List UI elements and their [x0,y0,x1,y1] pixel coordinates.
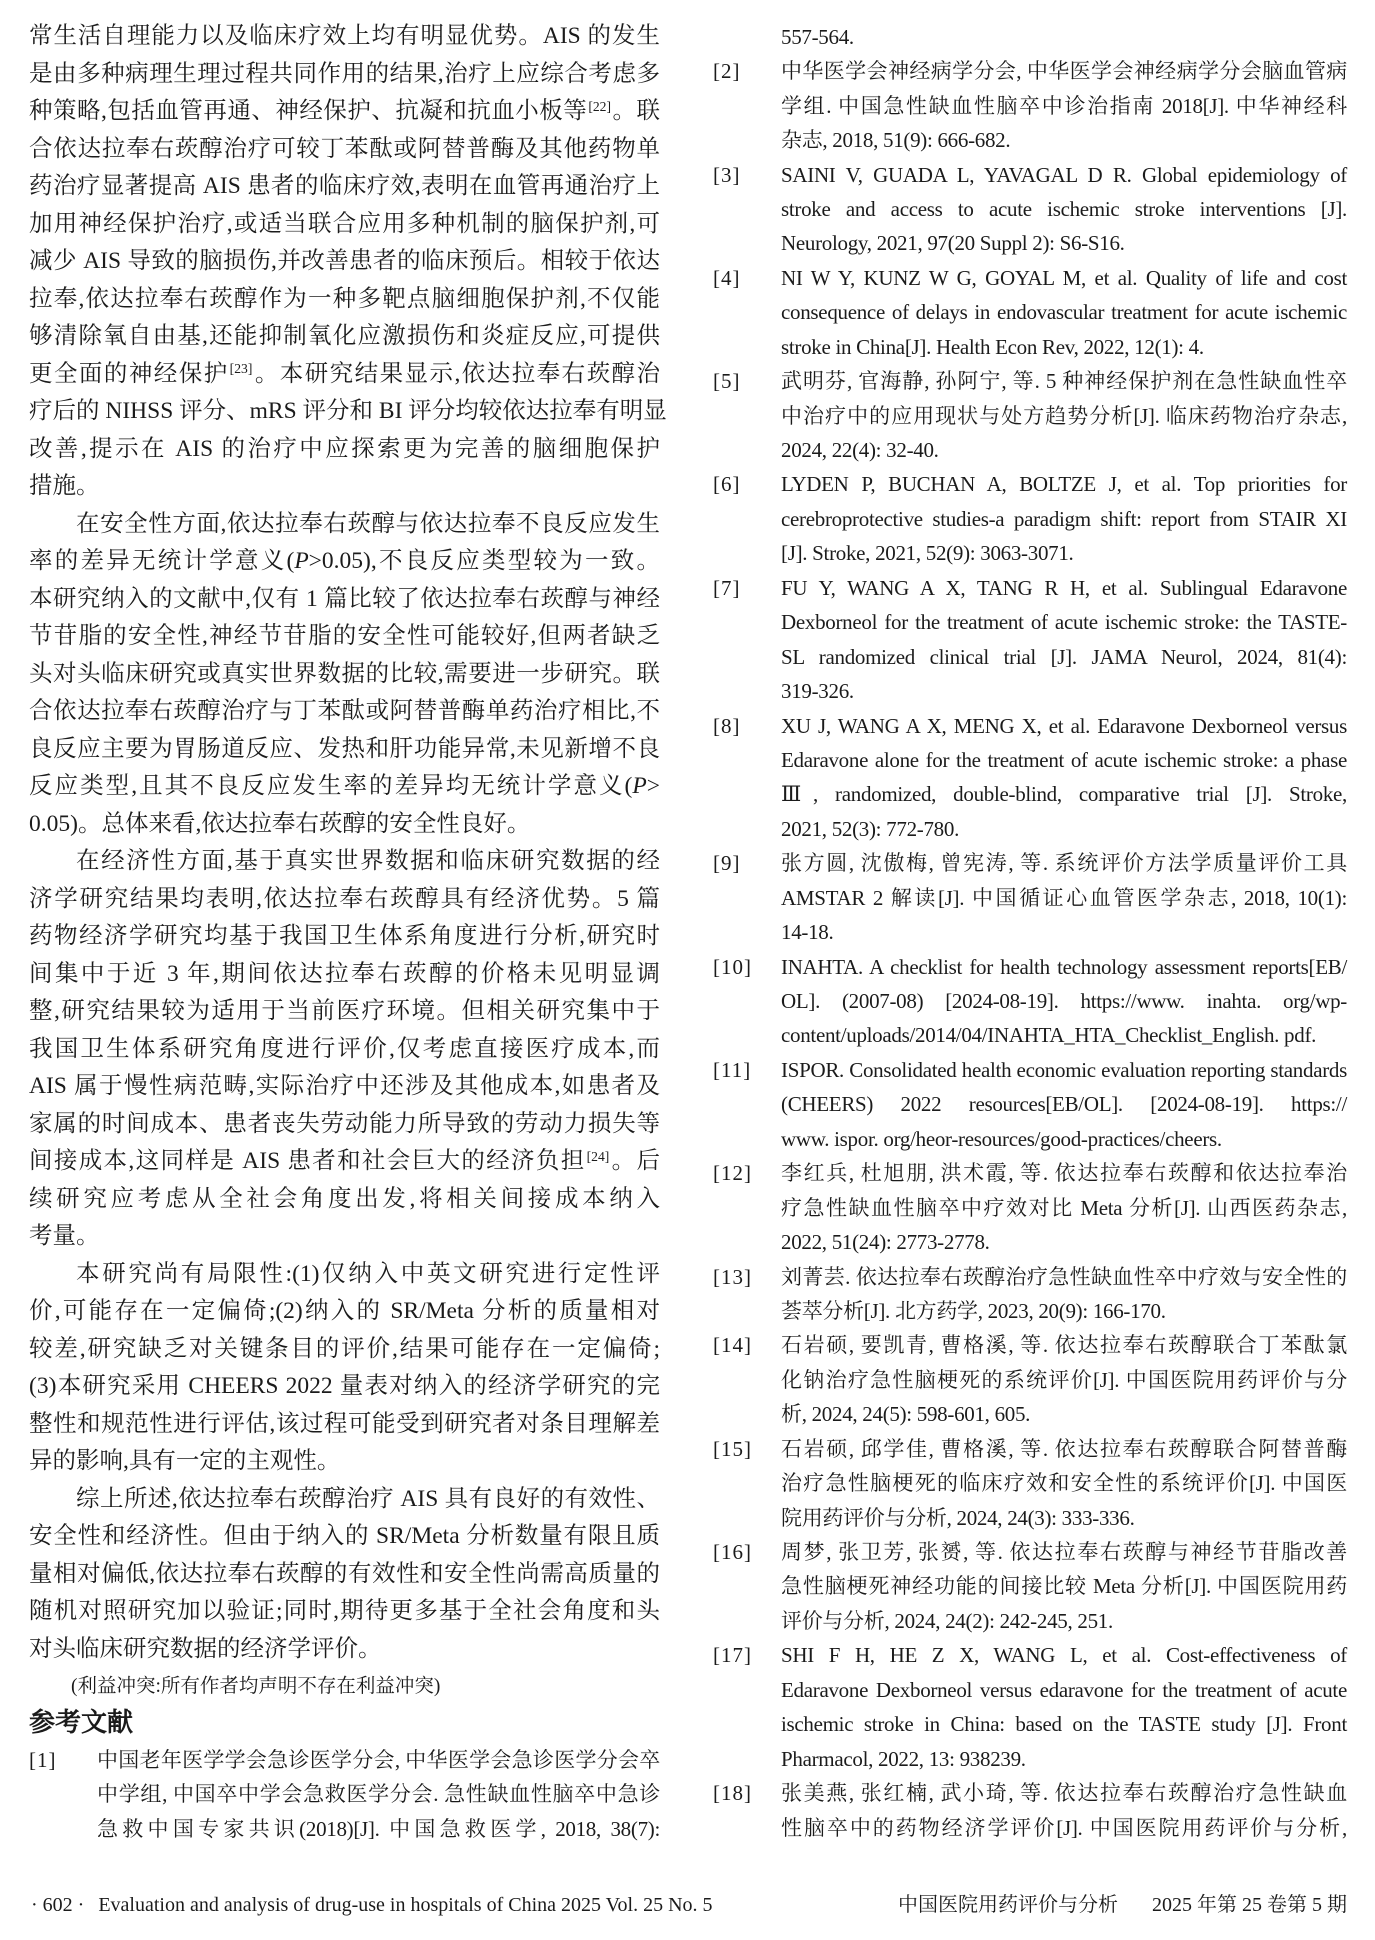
journal-title-en: Evaluation and analysis of drug-use in h… [98,1894,712,1916]
footer-left: · 602 ·Evaluation and analysis of drug-u… [31,1890,713,1920]
text-line: 急救中国专家共识(2018)[J]. 中国急救医学, 2018, 38(7): [97,1812,660,1846]
text-run: 。本研究结果显示,依达拉奉右莰醇治 [253,361,660,387]
text-line: 反应类型,且其不良反应发生率的差异均无统计学意义(P> [29,768,660,806]
text-line: 14-18. [781,915,1347,949]
text-line: 张美燕, 张红楠, 武小琦, 等. 依达拉奉右莰醇治疗急性缺血 [781,1776,1347,1810]
text-line: 续研究应考虑从全社会角度出发,将相关间接成本纳入 [29,1181,660,1219]
text-line: 2021, 52(3): 772-780. [781,812,1347,846]
text-line: stroke and access to acute ischemic stro… [781,192,1347,226]
text-line: 析, 2024, 24(5): 598-601, 605. [781,1397,1347,1431]
reference-item: [1]中国老年医学学会急诊医学分会, 中华医学会急诊医学分会卒中学组, 中国卒中… [29,1743,660,1846]
text-line: Edaravone alone for the treatment of acu… [781,743,1347,777]
text-line: 本研究尚有局限性:(1)仅纳入中英文研究进行定性评 [29,1256,660,1294]
text-line: 合依达拉奉右莰醇治疗可较丁苯酞或阿替普酶及其他药物单 [29,131,660,169]
text-line: 综上所述,依达拉奉右莰醇治疗 AIS 具有良好的有效性、 [29,1481,660,1519]
text-line: SAINI V, GUADA L, YAVAGAL D R. Global ep… [781,158,1347,192]
reference-number: [14] [713,1328,752,1362]
journal-title-cn: 中国医院用药评价与分析 [898,1894,1118,1916]
reference-number: [10] [713,950,752,984]
issue-info: 2025 年第 25 卷第 5 期 [1152,1894,1347,1916]
text-line: Edaravone Dexborneol versus edaravone fo… [781,1673,1347,1707]
reference-item: [4]NI W Y, KUNZ W G, GOYAL M, et al. Qua… [713,261,1347,364]
text-line: 2022, 51(24): 2773-2778. [781,1225,1347,1259]
text-line: 中学组, 中国卒中学会急救医学分会. 急性缺血性脑卒中急诊 [97,1777,660,1811]
text-line: 杂志, 2018, 51(9): 666-682. [781,123,1347,157]
text-line: 荟萃分析[J]. 北方药学, 2023, 20(9): 166-170. [781,1294,1347,1328]
reference-item: [8]XU J, WANG A X, MENG X, et al. Edarav… [713,709,1347,847]
text-run: 。后 [610,1148,660,1174]
reference-number: [18] [713,1776,752,1810]
text-line: content/uploads/2014/04/INAHTA_HTA_Check… [781,1018,1347,1052]
reference-number: [9] [713,846,741,880]
reference-list: 557-564.[2]中华医学会神经病学分会, 中华医学会神经病学分会脑血管病学… [713,20,1347,1845]
reference-number: [3] [713,158,741,192]
text-line: 药治疗显著提高 AIS 患者的临床疗效,表明在血管再通治疗上 [29,168,660,206]
text-line: 整性和规范性进行评估,该过程可能受到研究者对条目理解差 [29,1406,660,1444]
text-line: 改善,提示在 AIS 的治疗中应探索更为完善的脑细胞保护 [29,431,660,469]
text-line: SL randomized clinical trial [J]. JAMA N… [781,640,1347,674]
paragraph: 常生活自理能力以及临床疗效上均有明显优势。AIS 的发生是由多种病理生理过程共同… [29,18,660,506]
text-line: 间接成本,这同样是 AIS 患者和社会巨大的经济负担[24]。后 [29,1143,660,1181]
reference-item: [12]李红兵, 杜旭朋, 洪术霞, 等. 依达拉奉右莰醇和依达拉奉治疗急性缺血… [713,1156,1347,1259]
text-line: (3)本研究采用 CHEERS 2022 量表对纳入的经济学研究的完 [29,1368,660,1406]
text-line: 本研究纳入的文献中,仅有 1 篇比较了依达拉奉右莰醇与神经 [29,581,660,619]
footer-right: 中国医院用药评价与分析2025 年第 25 卷第 5 期 [898,1890,1347,1920]
text-line: 考量。 [29,1218,660,1256]
text-line: 中国老年医学学会急诊医学分会, 中华医学会急诊医学分会卒 [97,1743,660,1777]
text-line: 间集中于近 3 年,期间依达拉奉右莰醇的价格未见明显调 [29,956,660,994]
text-line: 合依达拉奉右莰醇治疗与丁苯酞或阿替普酶单药治疗相比,不 [29,693,660,731]
text-line: 石岩硕, 要凯青, 曹格溪, 等. 依达拉奉右莰醇联合丁苯酞氯 [781,1328,1347,1362]
reference-number: [4] [713,261,741,295]
text-line: [J]. Stroke, 2021, 52(9): 3063-3071. [781,536,1347,570]
text-line: XU J, WANG A X, MENG X, et al. Edaravone… [781,709,1347,743]
reference-number: [5] [713,364,741,398]
text-run: 种策略,包括血管再通、神经保护、抗凝和抗血小板等 [29,98,587,124]
reference-list: [1]中国老年医学学会急诊医学分会, 中华医学会急诊医学分会卒中学组, 中国卒中… [29,1743,660,1846]
reference-number: [17] [713,1638,752,1672]
text-line: Neurology, 2021, 97(20 Suppl 2): S6-S16. [781,226,1347,260]
text-line: 率的差异无统计学意义(P>0.05),不良反应类型较为一致。 [29,543,660,581]
text-line: stroke in China[J]. Health Econ Rev, 202… [781,330,1347,364]
text-line: consequence of delays in endovascular tr… [781,295,1347,329]
reference-item: [5]武明芬, 官海静, 孙阿宁, 等. 5 种神经保护剂在急性缺血性卒中治疗中… [713,364,1347,467]
reference-number: [13] [713,1260,752,1294]
text-line: 加用神经保护治疗,或适当联合应用多种机制的脑保护剂,可 [29,206,660,244]
text-line: 学组. 中国急性缺血性脑卒中诊治指南 2018[J]. 中华神经科 [781,89,1347,123]
text-line: Pharmacol, 2022, 13: 938239. [781,1742,1347,1776]
text-line: 李红兵, 杜旭朋, 洪术霞, 等. 依达拉奉右莰醇和依达拉奉治 [781,1156,1347,1190]
references-heading: 参考文献 [29,1706,133,1740]
paragraph: 本研究尚有局限性:(1)仅纳入中英文研究进行定性评价,可能存在一定偏倚;(2)纳… [29,1256,660,1481]
reference-item: [10]INAHTA. A checklist for health techn… [713,950,1347,1053]
text-line: OL]. (2007-08) [2024-08-19]. https://www… [781,984,1347,1018]
text-line: 节苷脂的安全性,神经节苷脂的安全性可能较好,但两者缺乏 [29,618,660,656]
paragraph: 在安全性方面,依达拉奉右莰醇与依达拉奉不良反应发生率的差异无统计学意义(P>0.… [29,506,660,844]
body-text: 常生活自理能力以及临床疗效上均有明显优势。AIS 的发生是由多种病理生理过程共同… [29,18,660,1668]
text-line: 对头临床研究数据的经济学评价。 [29,1631,660,1669]
text-line: Dexborneol for the treatment of acute is… [781,605,1347,639]
text-line: cerebroprotective studies-a paradigm shi… [781,502,1347,536]
text-line: 张方圆, 沈傲梅, 曾宪涛, 等. 系统评价方法学质量评价工具 [781,846,1347,880]
text-line: 较差,研究缺乏对关键条目的评价,结果可能存在一定偏倚; [29,1331,660,1369]
text-line: 刘菁芸. 依达拉奉右莰醇治疗急性缺血性卒中疗效与安全性的 [781,1260,1347,1294]
reference-number: [15] [713,1432,752,1466]
text-line: 石岩硕, 邱学佳, 曹格溪, 等. 依达拉奉右莰醇联合阿替普酶 [781,1432,1347,1466]
reference-item: [6]LYDEN P, BUCHAN A, BOLTZE J, et al. T… [713,467,1347,570]
text-line: www. ispor. org/heor-resources/good-prac… [781,1122,1347,1156]
text-line: NI W Y, KUNZ W G, GOYAL M, et al. Qualit… [781,261,1347,295]
reference-number: [6] [713,467,741,501]
document-page: 常生活自理能力以及临床疗效上均有明显优势。AIS 的发生是由多种病理生理过程共同… [0,0,1375,1940]
reference-item: [3]SAINI V, GUADA L, YAVAGAL D R. Global… [713,158,1347,261]
text-line: LYDEN P, BUCHAN A, BOLTZE J, et al. Top … [781,467,1347,501]
reference-number: [2] [713,54,741,88]
text-line: 异的影响,具有一定的主观性。 [29,1443,660,1481]
paragraph: 综上所述,依达拉奉右莰醇治疗 AIS 具有良好的有效性、安全性和经济性。但由于纳… [29,1481,660,1669]
text-line: AIS 属于慢性病范畴,实际治疗中还涉及其他成本,如患者及 [29,1068,660,1106]
reference-item: [11]ISPOR. Consolidated health economic … [713,1053,1347,1156]
text-line: 药物经济学研究均基于我国卫生体系角度进行分析,研究时 [29,918,660,956]
text-line: 家属的时间成本、患者丧失劳动能力所导致的劳动力损失等 [29,1106,660,1144]
text-line: 济学研究结果均表明,依达拉奉右莰醇具有经济优势。5 篇 [29,881,660,919]
text-line: AMSTAR 2 解读[J]. 中国循证心血管医学杂志, 2018, 10(1)… [781,881,1347,915]
text-line: 减少 AIS 导致的脑损伤,并改善患者的临床预后。相较于依达 [29,243,660,281]
text-line: 在经济性方面,基于真实世界数据和临床研究数据的经 [29,843,660,881]
citation-superscript: [22] [588,99,611,114]
text-run: 间接成本,这同样是 AIS 患者和社会巨大的经济负担 [29,1148,586,1174]
conflict-of-interest-statement: (利益冲突:所有作者均声明不存在利益冲突) [71,1670,440,1704]
text-line: 急性脑梗死神经功能的间接比较 Meta 分析[J]. 中国医院用药 [781,1569,1347,1603]
text-line: 措施。 [29,468,660,506]
reference-item: [16]周梦, 张卫芳, 张赟, 等. 依达拉奉右莰醇与神经节苷脂改善急性脑梗死… [713,1535,1347,1638]
text-line: 化钠治疗急性脑梗死的系统评价[J]. 中国医院用药评价与分 [781,1363,1347,1397]
reference-number: [16] [713,1535,752,1569]
italic-symbol: P [632,773,646,799]
text-line: 周梦, 张卫芳, 张赟, 等. 依达拉奉右莰醇与神经节苷脂改善 [781,1535,1347,1569]
reference-item: [18]张美燕, 张红楠, 武小琦, 等. 依达拉奉右莰醇治疗急性缺血性脑卒中的… [713,1776,1347,1845]
text-line: 常生活自理能力以及临床疗效上均有明显优势。AIS 的发生 [29,18,660,56]
text-line: 疗急性缺血性脑卒中疗效对比 Meta 分析[J]. 山西医药杂志, [781,1191,1347,1225]
reference-number: [12] [713,1156,752,1190]
text-line: 评价与分析, 2024, 24(2): 242-245, 251. [781,1604,1347,1638]
text-line: 拉奉,依达拉奉右莰醇作为一种多靶点脑细胞保护剂,不仅能 [29,281,660,319]
text-line: ischemic stroke in China: based on the T… [781,1707,1347,1741]
text-line: Ⅲ, randomized, double-blind, comparative… [781,777,1347,811]
text-line: 随机对照研究加以验证;同时,期待更多基于全社会角度和头 [29,1593,660,1631]
text-line: 武明芬, 官海静, 孙阿宁, 等. 5 种神经保护剂在急性缺血性卒 [781,364,1347,398]
reference-item: [17]SHI F H, HE Z X, WANG L, et al. Cost… [713,1638,1347,1776]
text-line: 在安全性方面,依达拉奉右莰醇与依达拉奉不良反应发生 [29,506,660,544]
text-line: 性脑卒中的药物经济学评价[J]. 中国医院用药评价与分析, [781,1811,1347,1845]
text-line: INAHTA. A checklist for health technolog… [781,950,1347,984]
paragraph: 在经济性方面,基于真实世界数据和临床研究数据的经济学研究结果均表明,依达拉奉右莰… [29,843,660,1256]
reference-item: [9]张方圆, 沈傲梅, 曾宪涛, 等. 系统评价方法学质量评价工具AMSTAR… [713,846,1347,949]
page-footer: · 602 ·Evaluation and analysis of drug-u… [31,1890,1347,1920]
reference-item: [15]石岩硕, 邱学佳, 曹格溪, 等. 依达拉奉右莰醇联合阿替普酶治疗急性脑… [713,1432,1347,1535]
text-line: 319-326. [781,674,1347,708]
text-line: 疗后的 NIHSS 评分、mRS 评分和 BI 评分均较依达拉奉有明显 [29,393,660,431]
text-line: 是由多种病理生理过程共同作用的结果,治疗上应综合考虑多 [29,56,660,94]
text-line: (CHEERS) 2022 resources[EB/OL]. [2024-08… [781,1087,1347,1121]
text-line: 中治疗中的应用现状与处方趋势分析[J]. 临床药物治疗杂志, [781,399,1347,433]
citation-superscript: [23] [230,361,253,376]
text-line: SHI F H, HE Z X, WANG L, et al. Cost-eff… [781,1638,1347,1672]
text-run: 率的差异无统计学意义( [29,548,294,574]
reference-item: [2]中华医学会神经病学分会, 中华医学会神经病学分会脑血管病学组. 中国急性缺… [713,54,1347,157]
text-line: 种策略,包括血管再通、神经保护、抗凝和抗血小板等[22]。联 [29,93,660,131]
reference-number: [1] [29,1743,57,1777]
citation-superscript: [24] [587,1149,610,1164]
reference-item: 557-564. [713,20,1347,54]
text-line: FU Y, WANG A X, TANG R H, et al. Subling… [781,571,1347,605]
text-line: ISPOR. Consolidated health economic eval… [781,1053,1347,1087]
reference-number: [8] [713,709,741,743]
page-number: · 602 · [31,1894,84,1916]
reference-number: [11] [713,1053,751,1087]
text-line: 中华医学会神经病学分会, 中华医学会神经病学分会脑血管病 [781,54,1347,88]
reference-number: [7] [713,571,741,605]
reference-item: [14]石岩硕, 要凯青, 曹格溪, 等. 依达拉奉右莰醇联合丁苯酞氯化钠治疗急… [713,1328,1347,1431]
text-line: 价,可能存在一定偏倚;(2)纳入的 SR/Meta 分析的质量相对 [29,1293,660,1331]
reference-item: [7]FU Y, WANG A X, TANG R H, et al. Subl… [713,571,1347,709]
text-line: 头对头临床研究或真实世界数据的比较,需要进一步研究。联 [29,656,660,694]
text-run: 。联 [612,98,660,124]
text-run: 更全面的神经保护 [29,361,229,387]
text-run: >0.05),不良反应类型较为一致。 [309,548,660,574]
reference-item: [13]刘菁芸. 依达拉奉右莰醇治疗急性缺血性卒中疗效与安全性的荟萃分析[J].… [713,1260,1347,1329]
text-line: 院用药评价与分析, 2024, 24(3): 333-336. [781,1501,1347,1535]
italic-symbol: P [294,548,308,574]
text-line: 良反应主要为胃肠道反应、发热和肝功能异常,未见新增不良 [29,731,660,769]
text-line: 我国卫生体系研究角度进行评价,仅考虑直接医疗成本,而 [29,1031,660,1069]
text-run: > [647,773,660,799]
text-line: 更全面的神经保护[23]。本研究结果显示,依达拉奉右莰醇治 [29,356,660,394]
text-run: 反应类型,且其不良反应发生率的差异均无统计学意义( [29,773,632,799]
text-line: 0.05)。总体来看,依达拉奉右莰醇的安全性良好。 [29,806,660,844]
text-line: 量相对偏低,依达拉奉右莰醇的有效性和安全性尚需高质量的 [29,1556,660,1594]
text-line: 安全性和经济性。但由于纳入的 SR/Meta 分析数量有限且质 [29,1518,660,1556]
text-line: 557-564. [781,20,1347,54]
text-line: 整,研究结果较为适用于当前医疗环境。但相关研究集中于 [29,993,660,1031]
text-line: 够清除氧自由基,还能抑制氧化应激损伤和炎症反应,可提供 [29,318,660,356]
text-line: 2024, 22(4): 32-40. [781,433,1347,467]
text-line: 治疗急性脑梗死的临床疗效和安全性的系统评价[J]. 中国医 [781,1466,1347,1500]
